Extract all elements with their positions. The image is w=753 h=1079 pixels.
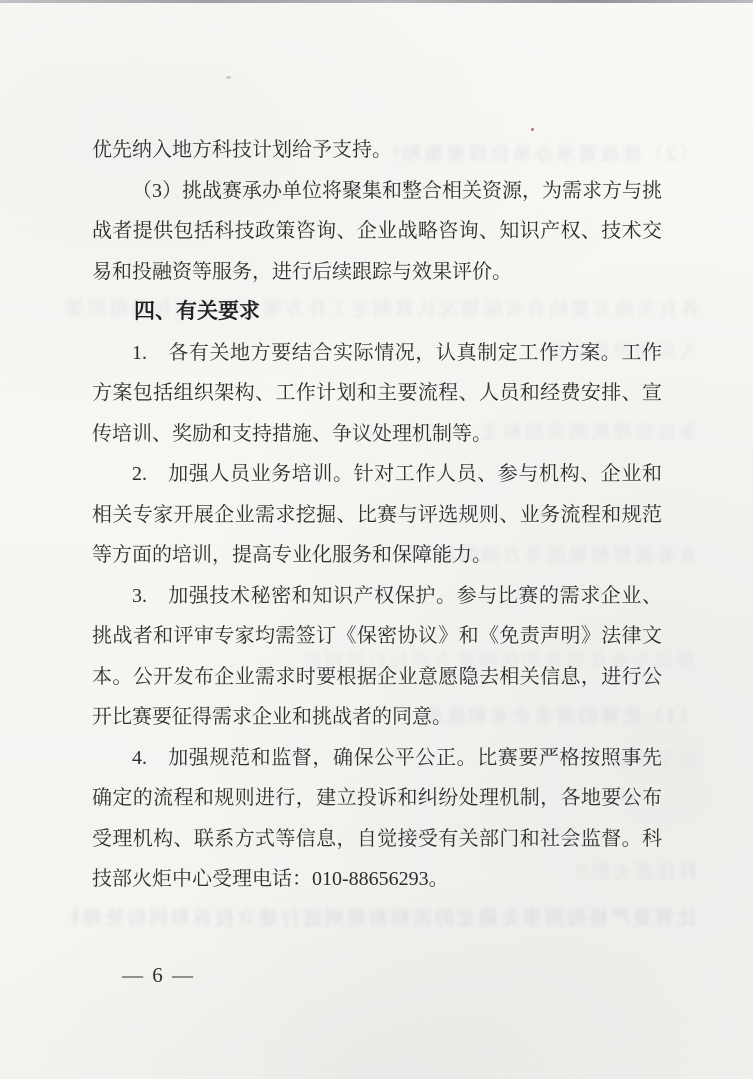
requirement-item-4: 4. 加强规范和监督，确保公平公正。比赛要严格按照事先确定的流程和规则进行，建立… — [92, 738, 662, 900]
scan-mark — [226, 76, 231, 79]
requirement-item-3: 3. 加强技术秘密和知识产权保护。参与比赛的需求企业、挑战者和评审专家均需签订《… — [92, 576, 662, 738]
requirement-item-2: 2. 加强人员业务培训。针对工作人员、参与机构、企业和相关专家开展企业需求挖掘、… — [92, 454, 662, 576]
scanned-document-page: （2）挑战赛承办单位将聚集和整 各有关地方要结合实际情况认真制定工作方案工作方案… — [0, 0, 753, 1079]
section-heading: 四、有关要求 — [92, 292, 662, 333]
scan-top-edge — [0, 0, 753, 3]
paragraph-3: （3）挑战赛承办单位将聚集和整合相关资源，为需求方与挑战者提供包括科技政策咨询、… — [92, 171, 662, 293]
document-body: 优先纳入地方科技计划给予支持。 （3）挑战赛承办单位将聚集和整合相关资源，为需求… — [92, 130, 662, 900]
page-number: — 6 — — [122, 963, 195, 988]
requirement-item-1: 1. 各有关地方要结合实际情况，认真制定工作方案。工作方案包括组织架构、工作计划… — [92, 333, 662, 455]
bleed-through-text: 比赛要严格按照事先确定的流程和规则进行建立投诉和纠纷处理机制 — [72, 903, 696, 929]
paragraph-continuation: 优先纳入地方科技计划给予支持。 — [92, 130, 662, 171]
